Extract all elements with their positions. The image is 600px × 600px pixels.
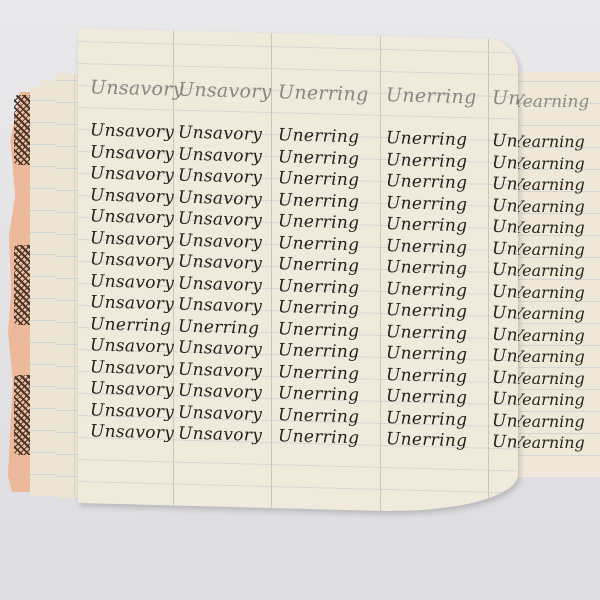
practice-word: Unerring — [90, 314, 171, 336]
right-page-practice-word: Yearning — [513, 369, 585, 388]
practice-word: Unerring — [278, 190, 359, 212]
practice-word: Unerring — [386, 236, 467, 258]
right-page-practice-word: Yearning — [513, 218, 585, 237]
practice-word: Unerring — [278, 319, 359, 341]
practice-word: Unerring — [278, 340, 359, 362]
practice-word: Unsavory — [178, 209, 262, 231]
practice-word: Unerring — [386, 171, 467, 193]
practice-word: Unerring — [386, 343, 467, 365]
practice-word-edge: Un — [492, 432, 518, 453]
right-page-practice-word: Yearning — [513, 412, 585, 431]
practice-word: Unsavory — [178, 295, 262, 317]
practice-word-edge: Un — [492, 217, 518, 238]
header-copy-word: Un — [492, 87, 518, 110]
practice-word: Unerring — [278, 168, 359, 190]
right-page-practice-word: Yearning — [513, 154, 585, 173]
practice-word: Unsavory — [178, 402, 262, 424]
practice-word: Unsavory — [90, 400, 174, 422]
practice-word: Unsavory — [90, 335, 174, 357]
practice-word-edge: Un — [492, 367, 518, 388]
practice-word: Unerring — [278, 254, 359, 276]
right-page-practice-word: Yearning — [513, 433, 585, 452]
practice-word: Unerring — [278, 147, 359, 169]
main-copybook-page: Unsavory Unsavory Unerring Unerring Un U… — [78, 28, 518, 515]
practice-word-edge: Un — [492, 389, 518, 410]
right-page-practice-word: Yearning — [513, 304, 585, 323]
practice-word-edge: Un — [492, 410, 518, 431]
practice-word: Unerring — [178, 316, 259, 338]
practice-word: Unsavory — [90, 271, 174, 293]
practice-word: Unerring — [386, 279, 467, 301]
practice-word: Unerring — [278, 125, 359, 147]
practice-word: Unsavory — [178, 187, 262, 209]
practice-word: Unsavory — [178, 424, 262, 446]
practice-word: Unsavory — [90, 421, 174, 443]
practice-word: Unerring — [386, 365, 467, 387]
right-page-practice-word: Yearning — [513, 390, 585, 409]
right-page-practice-word: Yearning — [513, 240, 585, 259]
right-page-header-copy: Yearning — [513, 92, 589, 112]
practice-word: Unerring — [386, 257, 467, 279]
practice-word-edge: Un — [492, 131, 518, 152]
practice-word: Unerring — [386, 193, 467, 215]
practice-word: Unsavory — [90, 206, 174, 228]
practice-word-edge: Un — [492, 324, 518, 345]
practice-word: Unsavory — [90, 357, 174, 379]
practice-word: Unerring — [386, 429, 467, 451]
practice-word-edge: Un — [492, 238, 518, 259]
right-page-practice-word: Yearning — [513, 283, 585, 302]
practice-word: Unerring — [278, 211, 359, 233]
practice-word: Unerring — [386, 214, 467, 236]
practice-word: Unerring — [278, 297, 359, 319]
practice-word: Unsavory — [178, 123, 262, 145]
practice-word: Unerring — [278, 362, 359, 384]
header-copy-word: Unerring — [278, 81, 369, 105]
header-copy-word: Unsavory — [90, 76, 184, 100]
header-copy-word: Unerring — [386, 84, 477, 108]
practice-word: Unsavory — [90, 142, 174, 164]
practice-word: Unsavory — [178, 144, 262, 166]
practice-word-edge: Un — [492, 281, 518, 302]
practice-word: Unerring — [278, 426, 359, 448]
practice-word: Unsavory — [90, 120, 174, 142]
practice-word: Unerring — [278, 233, 359, 255]
practice-word: Unerring — [386, 300, 467, 322]
practice-word: Unerring — [278, 276, 359, 298]
practice-word: Unsavory — [90, 163, 174, 185]
practice-word: Unerring — [386, 408, 467, 430]
practice-word: Unerring — [278, 405, 359, 427]
practice-word-edge: Un — [492, 303, 518, 324]
practice-word: Unsavory — [178, 252, 262, 274]
practice-word: Unsavory — [178, 359, 262, 381]
right-page-practice-word: Yearning — [513, 261, 585, 280]
practice-word: Unsavory — [178, 338, 262, 360]
practice-word: Unerring — [386, 386, 467, 408]
practice-word: Unerring — [278, 383, 359, 405]
right-page-practice-word: Yearning — [513, 347, 585, 366]
practice-word: Unerring — [386, 322, 467, 344]
practice-word-edge: Un — [492, 260, 518, 281]
practice-word-edge: Un — [492, 346, 518, 367]
practice-word-edge: Un — [492, 152, 518, 173]
practice-word: Unsavory — [178, 381, 262, 403]
practice-word: Unerring — [386, 150, 467, 172]
right-page-practice-word: Yearning — [513, 132, 585, 151]
header-copy-word: Unsavory — [178, 79, 272, 103]
right-page-practice-word: Yearning — [513, 197, 585, 216]
practice-word: Unsavory — [178, 230, 262, 252]
practice-word: Unsavory — [90, 378, 174, 400]
practice-word: Unsavory — [90, 249, 174, 271]
practice-word: Unsavory — [90, 228, 174, 250]
practice-word: Unsavory — [178, 166, 262, 188]
right-page-practice-word: Yearning — [513, 175, 585, 194]
practice-word: Unerring — [386, 128, 467, 150]
practice-word: Unsavory — [90, 185, 174, 207]
right-page-practice-word: Yearning — [513, 326, 585, 345]
practice-word: Unsavory — [90, 292, 174, 314]
practice-word-edge: Un — [492, 174, 518, 195]
practice-word-edge: Un — [492, 195, 518, 216]
practice-word: Unsavory — [178, 273, 262, 295]
